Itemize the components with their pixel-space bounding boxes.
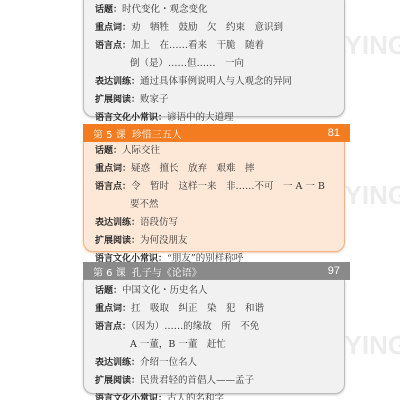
lesson-title: 第 5 课珍惜三五人	[93, 126, 188, 141]
row-value: 介绍一位名人	[140, 357, 197, 368]
page-number: 81	[328, 127, 340, 139]
row-label: 语言点：	[95, 322, 131, 332]
row-label: 话题：	[95, 5, 122, 15]
row-value: 扛 吸取 纠正 染 犯 和谐	[131, 303, 264, 314]
expression-training-row: 表达训练：通过具体事例说明人与人观念的异同	[95, 73, 344, 91]
grammar-points-row: 语言点：令 暂时 这样一来 非……不可 一 A 一 B	[95, 178, 344, 196]
grammar-points-row-cont: A 一董，B 一董 赶忙	[95, 336, 344, 354]
row-label: 语言点：	[95, 182, 131, 192]
grammar-points-row-cont: 倒（是）……但…… 一向	[95, 55, 344, 73]
row-label: 语言点：	[95, 41, 131, 51]
extended-reading-row: 扩展阅读：为何没朋友	[95, 232, 344, 250]
lesson5-summary-box: 话题：人际交往 重点词：疑惑 擅长 放弃 艰难 摔 语言点：令 暂时 这样一来 …	[83, 142, 345, 252]
culture-tip-row: 语言文化小常识：古人的名和字	[95, 390, 344, 400]
row-label: 重点词：	[95, 304, 131, 314]
row-label: 语言文化小常识：	[95, 113, 167, 123]
lesson5-header[interactable]: 第 5 课珍惜三五人 81	[83, 124, 350, 142]
row-value: 通过具体事例说明人与人观念的异同	[140, 76, 292, 87]
row-label: 表达训练：	[95, 358, 140, 368]
row-value: 败家子	[140, 94, 169, 105]
lesson-title: 第 6 课孔子与《论语》	[93, 264, 208, 279]
row-value: 谚语中的大道理	[167, 112, 234, 123]
row-value: A 一董，B 一董 赶忙	[130, 339, 226, 350]
row-value: 劝 牺牲 鼓励 欠 约束 意识到	[131, 22, 283, 33]
row-value: 要不然	[130, 199, 159, 210]
row-label: 表达训练：	[95, 218, 140, 228]
row-value: （因为）……的缘故 所 不免	[131, 321, 259, 332]
lesson4-summary-box: 话题：时代变化・观念变化 重点词：劝 牺牲 鼓励 欠 约束 意识到 语言点：加上…	[83, 0, 345, 117]
key-words-row: 重点词：疑惑 擅长 放弃 艰难 摔	[95, 160, 344, 178]
expression-training-row: 表达训练：介绍一位名人	[95, 354, 344, 372]
page-number: 97	[328, 265, 340, 277]
row-value: 语段仿写	[140, 217, 178, 228]
lesson-number: 第 5 课	[93, 130, 126, 141]
row-label: 重点词：	[95, 23, 131, 33]
lesson-name: 珍惜三五人	[132, 130, 182, 141]
row-label: 话题：	[95, 286, 122, 296]
topic-row: 话题：中国文化・历史名人	[95, 282, 344, 300]
key-words-row: 重点词：扛 吸取 纠正 染 犯 和谐	[95, 300, 344, 318]
lesson-number: 第 6 课	[93, 268, 126, 279]
row-value: 中国文化・历史名人	[122, 285, 208, 296]
extended-reading-row: 扩展阅读：民贵君轻的首倡人——孟子	[95, 372, 344, 390]
row-value: 民贵君轻的首倡人——孟子	[140, 375, 254, 386]
row-value: 人际交往	[122, 145, 160, 156]
row-value: 古人的名和字	[167, 393, 224, 400]
grammar-points-row: 语言点：（因为）……的缘故 所 不免	[95, 318, 344, 336]
row-label: 表达训练：	[95, 77, 140, 87]
expression-training-row: 表达训练：语段仿写	[95, 214, 344, 232]
grammar-points-row: 语言点：加上 在……看来 干脆 随着	[95, 37, 344, 55]
key-words-row: 重点词：劝 牺牲 鼓励 欠 约束 意识到	[95, 19, 344, 37]
row-value: 为何没朋友	[140, 235, 188, 246]
row-label: 话题：	[95, 146, 122, 156]
row-value: 倒（是）……但…… 一向	[130, 58, 244, 69]
row-value: 时代变化・观念变化	[122, 4, 208, 15]
lesson6-header[interactable]: 第 6 课孔子与《论语》 97	[83, 262, 350, 280]
row-value: 加上 在……看来 干脆 随着	[131, 40, 264, 51]
lesson6-summary-box: 话题：中国文化・历史名人 重点词：扛 吸取 纠正 染 犯 和谐 语言点：（因为）…	[83, 280, 345, 394]
row-label: 语言文化小常识：	[95, 394, 167, 400]
grammar-points-row-cont: 要不然	[95, 196, 344, 214]
lesson-name: 孔子与《论语》	[132, 268, 202, 279]
extended-reading-row: 扩展阅读：败家子	[95, 91, 344, 109]
row-label: 扩展阅读：	[95, 376, 140, 386]
row-value: 令 暂时 这样一来 非……不可 一 A 一 B	[131, 181, 325, 192]
row-value: 疑惑 擅长 放弃 艰难 摔	[131, 163, 255, 174]
topic-row: 话题：时代变化・观念变化	[95, 1, 344, 19]
row-label: 重点词：	[95, 164, 131, 174]
topic-row: 话题：人际交往	[95, 142, 344, 160]
row-label: 扩展阅读：	[95, 236, 140, 246]
row-label: 扩展阅读：	[95, 95, 140, 105]
